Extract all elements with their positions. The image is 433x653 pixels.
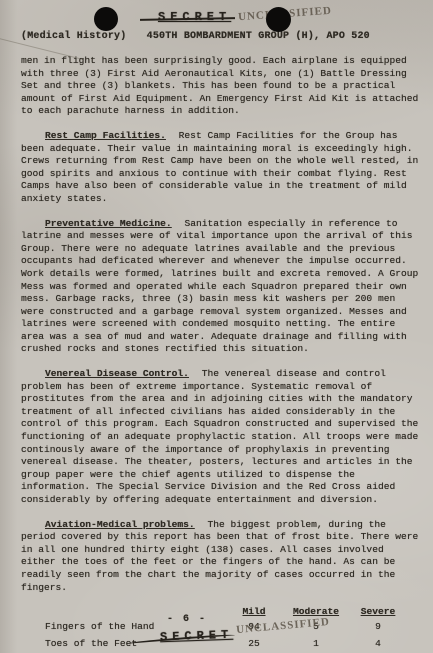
paragraph-heading: Aviation-Medical problems. bbox=[45, 519, 195, 530]
document-title: (Medical History) 450TH BOMBARDMENT GROU… bbox=[21, 31, 370, 42]
column-header-severe: Severe bbox=[347, 606, 409, 619]
scanned-document-page: SECRET UNCLASSIFIED (Medical History) 45… bbox=[0, 0, 433, 653]
document-title-prefix: (Medical History) bbox=[21, 31, 126, 42]
page-number: - 6 - bbox=[167, 614, 207, 625]
secret-stamp-top: SECRET bbox=[158, 10, 231, 24]
paragraph-venereal-disease-control: Venereal Disease Control. The venereal d… bbox=[21, 368, 419, 507]
hole-punch-icon bbox=[266, 7, 291, 32]
cell-value: 9 bbox=[347, 621, 409, 634]
paragraph-rest-camp: Rest Camp Facilities. Rest Camp Faciliti… bbox=[21, 130, 419, 206]
column-header-mild: Mild bbox=[223, 606, 285, 619]
cell-value: 4 bbox=[347, 638, 409, 651]
cell-value: 1 bbox=[285, 638, 347, 651]
table-header-row: Mild Moderate Severe bbox=[21, 606, 419, 619]
paragraph-preventative-medicine: Preventative Medicine. Sanitation especi… bbox=[21, 218, 419, 357]
document-title-unit: 450TH BOMBARDMENT GROUP (H), APO 520 bbox=[147, 31, 370, 42]
paragraph-heading: Preventative Medicine. bbox=[45, 218, 172, 229]
secret-stamp-bottom: SECRET bbox=[160, 628, 234, 645]
paragraph-body: Rest Camp Facilities for the Group has b… bbox=[21, 130, 418, 204]
paragraph-body: Sanitation especially in reference to la… bbox=[21, 218, 418, 355]
document-body: men in flight has been surprisingly good… bbox=[21, 55, 419, 651]
paragraph-first-aid: men in flight has been surprisingly good… bbox=[21, 55, 419, 118]
paragraph-body: men in flight has been surprisingly good… bbox=[21, 55, 418, 116]
paragraph-body: The venereal disease and control problem… bbox=[21, 368, 418, 505]
paragraph-heading: Rest Camp Facilities. bbox=[45, 130, 166, 141]
paragraph-aviation-medical-problems: Aviation-Medical problems. The biggest p… bbox=[21, 519, 419, 595]
paragraph-heading: Venereal Disease Control. bbox=[45, 368, 189, 379]
hole-punch-icon bbox=[94, 7, 118, 31]
